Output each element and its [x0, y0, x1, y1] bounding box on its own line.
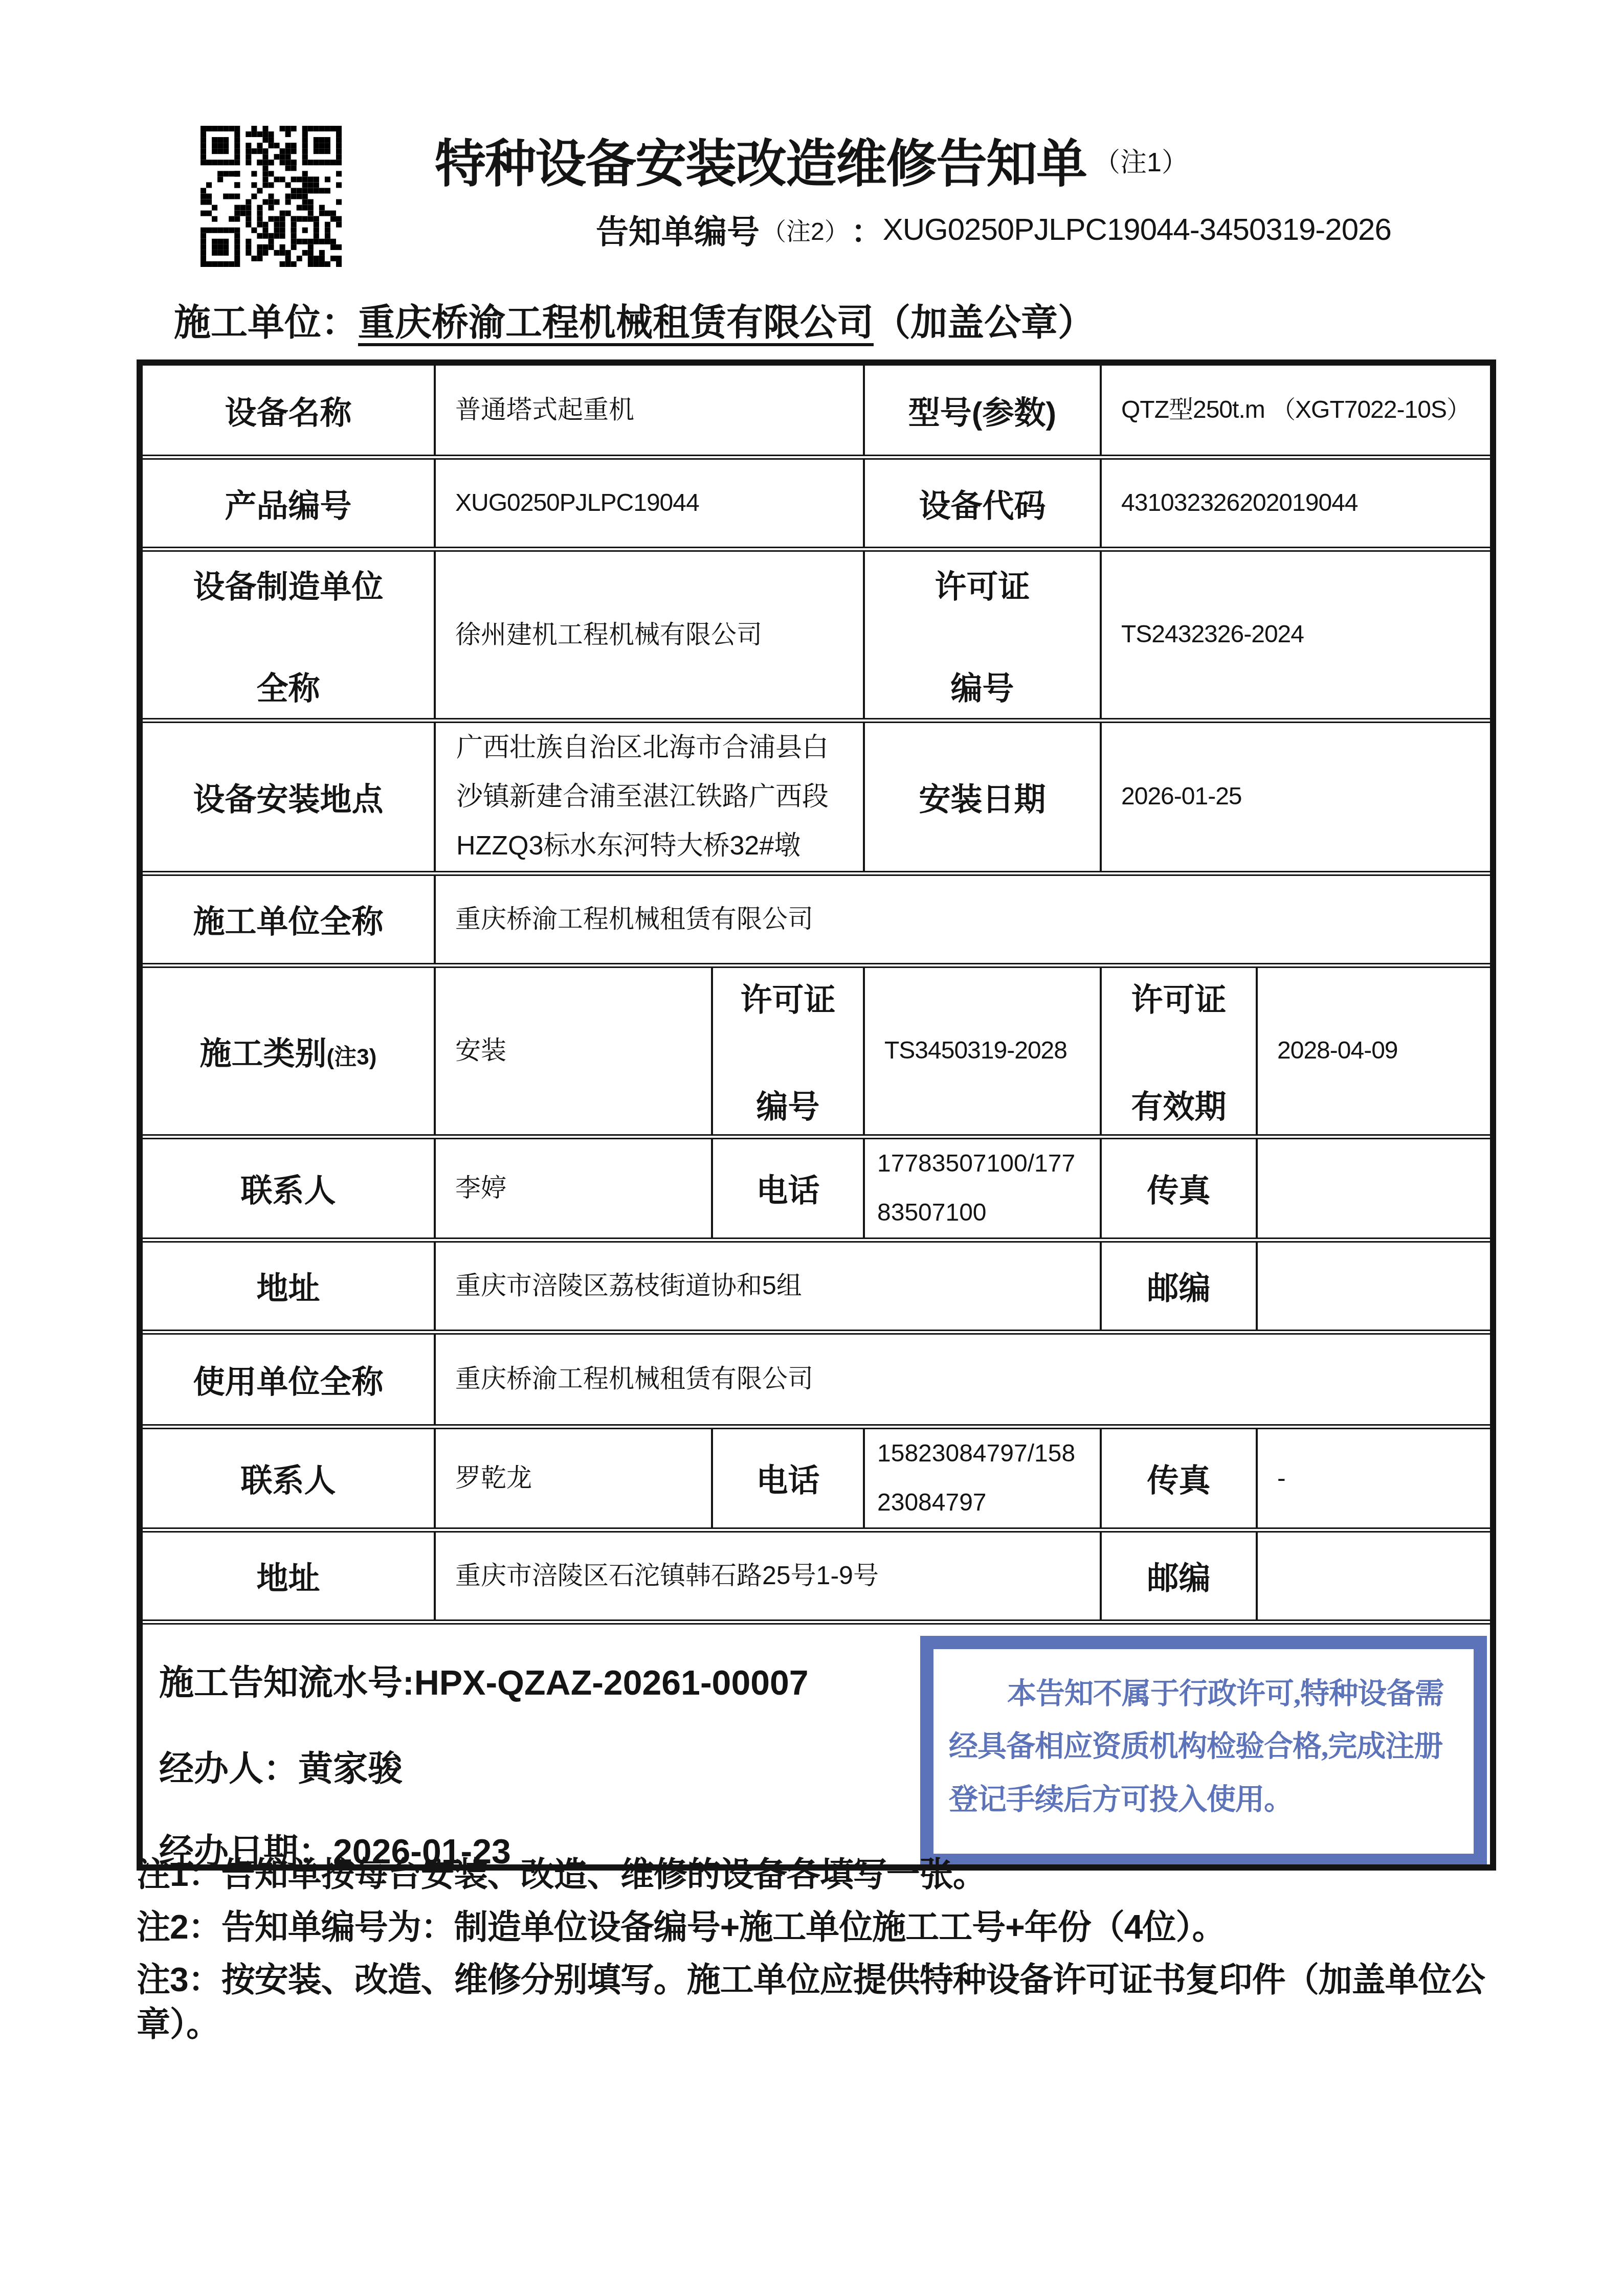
manufacturer-label: 设备制造单位 全称 — [140, 549, 435, 721]
validity-label: 许可证 有效期 — [1101, 965, 1257, 1137]
fax2-value: - — [1257, 1427, 1493, 1530]
footer-cell: 施工告知流水号:HPX-QZAZ-20261-00007 经办人：黄家骏 经办日… — [140, 1622, 1493, 1867]
validity-label-line2: 有效期 — [1131, 1082, 1226, 1127]
operator-value: 黄家骏 — [298, 1749, 403, 1788]
notification-form-page: 特种设备安装改造维修告知单 （注1） 告知单编号 （注2） ： XUG0250P… — [0, 0, 1624, 2296]
fax1-value — [1257, 1137, 1493, 1240]
doc-number-value: XUG0250PJLPC19044-3450319-2026 — [883, 212, 1391, 247]
contact1-value: 李婷 — [435, 1137, 712, 1240]
mfr-license-value: TS2432326-2024 — [1101, 549, 1493, 721]
phone2-value: 15823084797/15823084797 — [864, 1427, 1101, 1530]
row-builder: 施工单位全称 重庆桥渝工程机械租赁有限公司 — [140, 873, 1493, 965]
manufacturer-label-line2: 全称 — [256, 663, 320, 709]
user-unit-label: 使用单位全称 — [140, 1332, 435, 1427]
addr1-value: 重庆市涪陵区荔枝街道协和5组 — [435, 1240, 1101, 1332]
install-date-value: 2026-01-25 — [1101, 721, 1493, 873]
row-footer: 施工告知流水号:HPX-QZAZ-20261-00007 经办人：黄家骏 经办日… — [140, 1622, 1493, 1867]
model-value: QTZ型250t.m （XGT7022-10S） — [1101, 363, 1493, 457]
validity-value: 2028-04-09 — [1257, 965, 1493, 1137]
blue-notice-stamp: 本告知不属于行政许可,特种设备需经具备相应资质机构检验合格,完成注册登记手续后方… — [920, 1636, 1487, 1867]
row-contact2: 联系人 罗乾龙 电话 15823084797/15823084797 传真 - — [140, 1427, 1493, 1530]
device-code-label: 设备代码 — [864, 457, 1101, 549]
manufacturer-label-line1: 设备制造单位 — [193, 561, 383, 607]
contact1-label: 联系人 — [140, 1137, 435, 1240]
operator-line: 经办人：黄家骏 — [159, 1741, 403, 1791]
contact2-value: 罗乾龙 — [435, 1427, 712, 1530]
doc-number-note: （注2） — [762, 212, 849, 247]
page-title: 特种设备安装改造维修告知单 — [435, 123, 1086, 196]
work-license-label: 许可证 编号 — [712, 965, 864, 1137]
work-type-label: 施工类别(注3) — [140, 965, 435, 1137]
construction-unit-suffix: （加盖公章） — [874, 302, 1095, 343]
serial-line: 施工告知流水号:HPX-QZAZ-20261-00007 — [159, 1655, 809, 1705]
doc-number-separator: ： — [851, 207, 883, 252]
footnotes: 注1：告知单按每台安装、改造、维修的设备各填写一张。 注2：告知单编号为：制造单… — [137, 1852, 1493, 2055]
manufacturer-value: 徐州建机工程机械有限公司 — [435, 549, 864, 721]
row-manufacturer: 设备制造单位 全称 徐州建机工程机械有限公司 许可证 编号 TS2432326-… — [140, 549, 1493, 721]
row-addr2: 地址 重庆市涪陵区石沱镇韩石路25号1-9号 邮编 — [140, 1530, 1493, 1622]
row-install-site: 设备安装地点 广西壮族自治区北海市合浦县白沙镇新建合浦至湛江铁路广西段HZZQ3… — [140, 721, 1493, 873]
model-label: 型号(参数) — [864, 363, 1101, 457]
work-license-label-line2: 编号 — [756, 1082, 819, 1127]
footnote-1: 注1：告知单按每台安装、改造、维修的设备各填写一张。 — [137, 1852, 1493, 1897]
serial-value: HPX-QZAZ-20261-00007 — [414, 1663, 809, 1702]
mfr-license-label-line1: 许可证 — [935, 561, 1030, 607]
product-no-value: XUG0250PJLPC19044 — [435, 457, 864, 549]
device-name-value: 普通塔式起重机 — [435, 363, 864, 457]
row-work-type: 施工类别(注3) 安装 许可证 编号 TS3450319-2028 许可证 有效… — [140, 965, 1493, 1137]
user-unit-value: 重庆桥渝工程机械租赁有限公司 — [435, 1332, 1493, 1427]
addr2-value: 重庆市涪陵区石沱镇韩石路25号1-9号 — [435, 1530, 1101, 1622]
mfr-license-label: 许可证 编号 — [864, 549, 1101, 721]
phone1-value: 17783507100/17783507100 — [864, 1137, 1101, 1240]
serial-label: 施工告知流水号: — [159, 1663, 414, 1702]
fax2-label: 传真 — [1101, 1427, 1257, 1530]
zip1-label: 邮编 — [1101, 1240, 1257, 1332]
validity-label-line1: 许可证 — [1131, 975, 1226, 1020]
install-date-label: 安装日期 — [864, 721, 1101, 873]
work-license-label-line1: 许可证 — [740, 975, 835, 1020]
zip1-value — [1257, 1240, 1493, 1332]
footnote-2: 注2：告知单编号为：制造单位设备编号+施工单位施工工号+年份（4位）。 — [137, 1905, 1493, 1949]
page-title-note: （注1） — [1094, 141, 1188, 179]
work-license-value: TS3450319-2028 — [864, 965, 1101, 1137]
operator-label: 经办人： — [159, 1749, 298, 1788]
device-code-value: 431032326202019044 — [1101, 457, 1493, 549]
row-product-no: 产品编号 XUG0250PJLPC19044 设备代码 431032326202… — [140, 457, 1493, 549]
fax1-label: 传真 — [1101, 1137, 1257, 1240]
install-site-label: 设备安装地点 — [140, 721, 435, 873]
row-contact1: 联系人 李婷 电话 17783507100/17783507100 传真 — [140, 1137, 1493, 1240]
contact2-label: 联系人 — [140, 1427, 435, 1530]
construction-unit-line: 施工单位：重庆桥渝工程机械租赁有限公司（加盖公章） — [174, 292, 1095, 346]
work-type-label-note: (注3) — [327, 1045, 377, 1070]
row-addr1: 地址 重庆市涪陵区荔枝街道协和5组 邮编 — [140, 1240, 1493, 1332]
builder-value: 重庆桥渝工程机械租赁有限公司 — [435, 873, 1493, 965]
work-type-label-text: 施工类别 — [200, 1037, 327, 1072]
qr-code — [201, 126, 342, 267]
builder-label: 施工单位全称 — [140, 873, 435, 965]
doc-number-label: 告知单编号 — [596, 206, 760, 253]
mfr-license-label-line2: 编号 — [950, 663, 1014, 709]
zip2-label: 邮编 — [1101, 1530, 1257, 1622]
row-device-name: 设备名称 普通塔式起重机 型号(参数) QTZ型250t.m （XGT7022-… — [140, 363, 1493, 457]
addr1-label: 地址 — [140, 1240, 435, 1332]
install-site-value: 广西壮族自治区北海市合浦县白沙镇新建合浦至湛江铁路广西段HZZQ3标水东河特大桥… — [435, 721, 864, 873]
construction-unit-name: 重庆桥渝工程机械租赁有限公司 — [358, 302, 874, 343]
footnote-3: 注3：按安装、改造、维修分别填写。施工单位应提供特种设备许可证书复印件（加盖单位… — [137, 1957, 1493, 2046]
phone2-label: 电话 — [712, 1427, 864, 1530]
construction-unit-label: 施工单位： — [174, 302, 358, 343]
work-type-value: 安装 — [435, 965, 712, 1137]
form-table: 设备名称 普通塔式起重机 型号(参数) QTZ型250t.m （XGT7022-… — [137, 359, 1496, 1871]
phone1-label: 电话 — [712, 1137, 864, 1240]
page-title-row: 特种设备安装改造维修告知单 （注1） — [435, 123, 1188, 196]
row-user-unit: 使用单位全称 重庆桥渝工程机械租赁有限公司 — [140, 1332, 1493, 1427]
doc-number-row: 告知单编号 （注2） ： XUG0250PJLPC19044-3450319-2… — [596, 206, 1391, 253]
addr2-label: 地址 — [140, 1530, 435, 1622]
device-name-label: 设备名称 — [140, 363, 435, 457]
zip2-value — [1257, 1530, 1493, 1622]
product-no-label: 产品编号 — [140, 457, 435, 549]
